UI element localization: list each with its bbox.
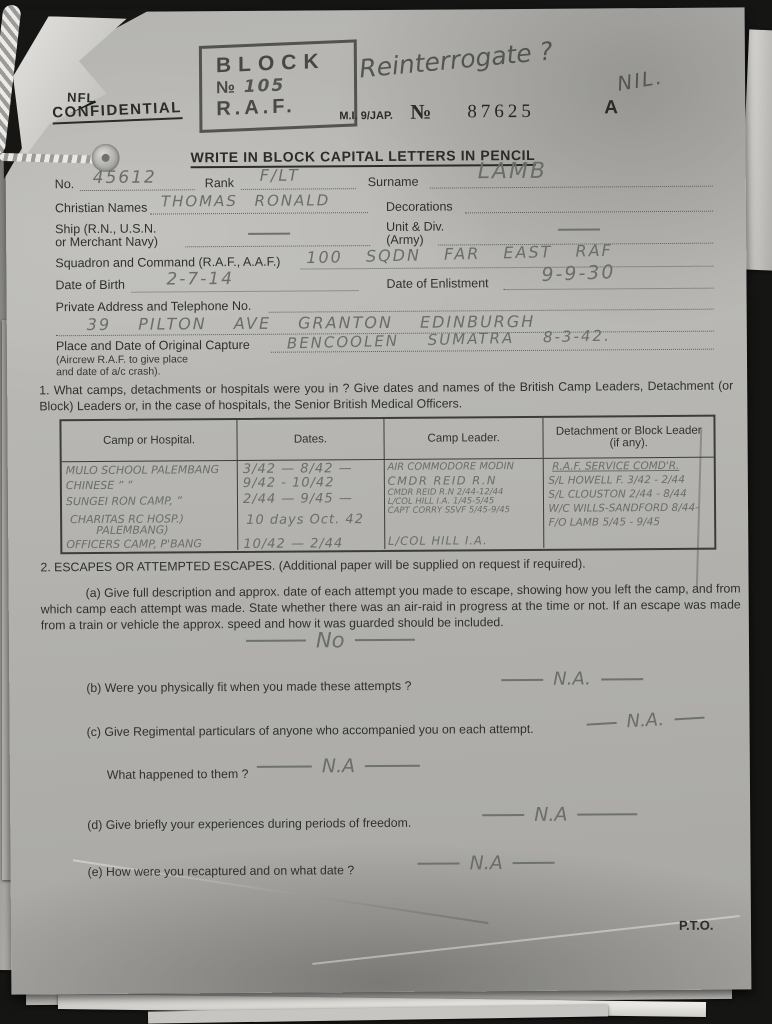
- decorations-label: Decorations: [386, 199, 453, 213]
- camp-entry: CHINESE ” ”: [66, 479, 133, 492]
- column-camp-leader: AIR COMMODORE MODIN CMDR REID R.N CMDR R…: [384, 459, 544, 549]
- unit-dash-answer: [558, 228, 600, 230]
- stamp-no-sign: №: [216, 77, 237, 97]
- no-label: No.: [55, 177, 75, 191]
- answer-2b: N.A.: [501, 668, 643, 690]
- dates-entry: 10/42 — 2/44: [243, 536, 343, 552]
- answer-2d: N.A: [482, 803, 637, 826]
- answer-2b-value: N.A.: [553, 669, 591, 690]
- header-dates: Dates.: [237, 419, 384, 460]
- camp-entry: PALEMBANG): [96, 523, 168, 537]
- detachment-entry: S/L CLOUSTON 2/44 - 8/44: [548, 488, 686, 501]
- answer-dash: [257, 765, 312, 767]
- answer-dash: [587, 721, 617, 725]
- question-2d-text: (d) Give briefly your experiences during…: [87, 815, 411, 833]
- serial-number: 87625: [467, 101, 535, 123]
- question-1-text: 1. What camps, detachments or hospitals …: [39, 378, 733, 415]
- ship-dash-answer: [248, 233, 290, 235]
- dates-entry: 2/44 — 9/45 —: [243, 491, 353, 507]
- answer-dash: [246, 640, 306, 642]
- answer-dash: [355, 639, 415, 641]
- block-raf-stamp: BLOCK № 105 R.A.F.: [199, 39, 357, 133]
- detachment-entry: W/C WILLS-SANDFORD 8/44-: [548, 502, 698, 515]
- question-2e-text: (e) How were you recaptured and on what …: [88, 862, 355, 880]
- header-camp-or-hospital: Camp or Hospital.: [61, 420, 237, 461]
- serial-suffix: A: [604, 97, 618, 119]
- answer-dash: [674, 716, 704, 720]
- christian-names-value: THOMAS RONALD: [161, 191, 330, 210]
- answer-dash: [601, 678, 643, 680]
- squadron-label: Squadron and Command (R.A.F., A.A.F.): [55, 255, 280, 271]
- capture-note-2: and date of a/c crash).: [56, 366, 161, 379]
- rank-value: F/LT: [260, 166, 300, 185]
- answer-2c-value: N.A.: [626, 709, 665, 732]
- answer-2a-value: No: [316, 628, 345, 652]
- question-2c2-text: What happened to them ?: [107, 766, 249, 783]
- surname-label: Surname: [368, 175, 419, 189]
- reinterrogate-annotation: Reinterrogate ?: [358, 36, 554, 83]
- no-value: 45612: [93, 168, 157, 188]
- camp-entry: SUNGEI RON CAMP, ”: [66, 494, 182, 508]
- answer-2c2-value: N.A: [322, 755, 355, 777]
- capture-note-1: (Aircrew R.A.F. to give place: [56, 353, 188, 366]
- pto-marking: P.T.O.: [679, 918, 714, 933]
- form-page: BLOCK № 105 R.A.F. Reinterrogate ? NIL. …: [5, 7, 752, 994]
- answer-dash: [365, 765, 420, 767]
- answer-2a: No: [246, 628, 415, 653]
- no-field-line: [80, 189, 195, 191]
- answer-dash: [513, 862, 555, 864]
- answer-dash: [418, 862, 460, 864]
- dob-label: Date of Birth: [55, 278, 125, 292]
- camp-entry: MULO SCHOOL PALEMBANG: [66, 463, 219, 477]
- dob-line: [132, 290, 359, 293]
- nil-annotation: NIL.: [615, 65, 665, 96]
- header-detachment-leader: Detachment or Block Leader (if any).: [544, 417, 714, 458]
- detachment-entry: S/L HOWELL F. 3/42 - 2/44: [548, 474, 685, 487]
- dates-entry: 9/42 - 10/42: [243, 475, 335, 491]
- dob-value: 2-7-14: [166, 269, 234, 289]
- answer-2c: N.A.: [586, 707, 705, 735]
- stamp-line-raf: R.A.F.: [216, 93, 344, 121]
- capture-label: Place and Date of Original Capture: [56, 338, 250, 353]
- question-2c-text: (c) Give Regimental particulars of anyon…: [87, 721, 534, 740]
- leader-entry: CAPT CORRY SSVF 5/45-9/45: [388, 505, 510, 516]
- answer-2e: N.A: [417, 852, 554, 875]
- answer-dash: [482, 814, 524, 816]
- address-label: Private Address and Telephone No.: [56, 299, 252, 314]
- column-detachment-leader: R.A.F. SERVICE COMD'R. S/L HOWELL F. 3/4…: [544, 458, 714, 548]
- rank-field-line: [241, 188, 356, 190]
- christian-names-label: Christian Names: [55, 201, 147, 216]
- surname-field-line: [430, 186, 713, 189]
- photographed-document: BLOCK № 105 R.A.F. Reinterrogate ? NIL. …: [0, 0, 772, 1024]
- column-dates: 3/42 — 8/42 — 9/42 - 10/42 2/44 — 9/45 —…: [238, 460, 385, 550]
- surname-value: LAMB: [478, 159, 548, 184]
- leader-entry: L/COL HILL I.A.: [388, 533, 488, 548]
- enlistment-value: 9-9-30: [541, 261, 616, 286]
- enlistment-label: Date of Enlistment: [386, 276, 488, 291]
- confidential-marking: CONFIDENTIAL: [52, 99, 182, 124]
- question-2b-text: (b) Were you physically fit when you mad…: [86, 678, 411, 696]
- column-camp-or-hospital: MULO SCHOOL PALEMBANG CHINESE ” ” SUNGEI…: [62, 461, 239, 551]
- enlistment-line: [504, 288, 714, 290]
- detachment-entry: F/O LAMB 5/45 - 9/45: [549, 516, 661, 529]
- answer-2c2: N.A: [257, 755, 420, 778]
- answer-2d-value: N.A: [534, 804, 567, 826]
- answer-dash: [577, 813, 637, 815]
- christian-names-line: [150, 212, 368, 215]
- question-2a-text: (a) Give full description and approx. da…: [41, 580, 741, 634]
- detachment-entry: R.A.F. SERVICE COMD'R.: [552, 460, 679, 473]
- leader-entry: AIR COMMODORE MODIN: [387, 461, 514, 473]
- rank-label: Rank: [205, 176, 234, 190]
- question-2-heading: 2. ESCAPES OR ATTEMPTED ESCAPES. (Additi…: [40, 554, 740, 575]
- squadron-line: [300, 266, 713, 270]
- ship-label-2: or Merchant Navy): [55, 235, 158, 250]
- answer-2e-value: N.A: [469, 852, 502, 874]
- leader-entry: CMDR REID R.N: [388, 473, 497, 488]
- camps-table: Camp or Hospital. Dates. Camp Leader. De…: [59, 415, 716, 555]
- camp-entry: OFFICERS CAMP, P'BANG: [66, 537, 202, 551]
- no-sign: №: [410, 100, 431, 125]
- decorations-line: [465, 211, 713, 214]
- mi-ref: M.I. 9/JAP.: [339, 110, 393, 122]
- header-camp-leader: Camp Leader.: [384, 418, 544, 459]
- dates-entry: 10 days Oct. 42: [246, 512, 364, 528]
- answer-dash: [501, 678, 543, 680]
- stamp-number-handwritten: 105: [244, 75, 286, 97]
- camps-table-header: Camp or Hospital. Dates. Camp Leader. De…: [61, 417, 713, 463]
